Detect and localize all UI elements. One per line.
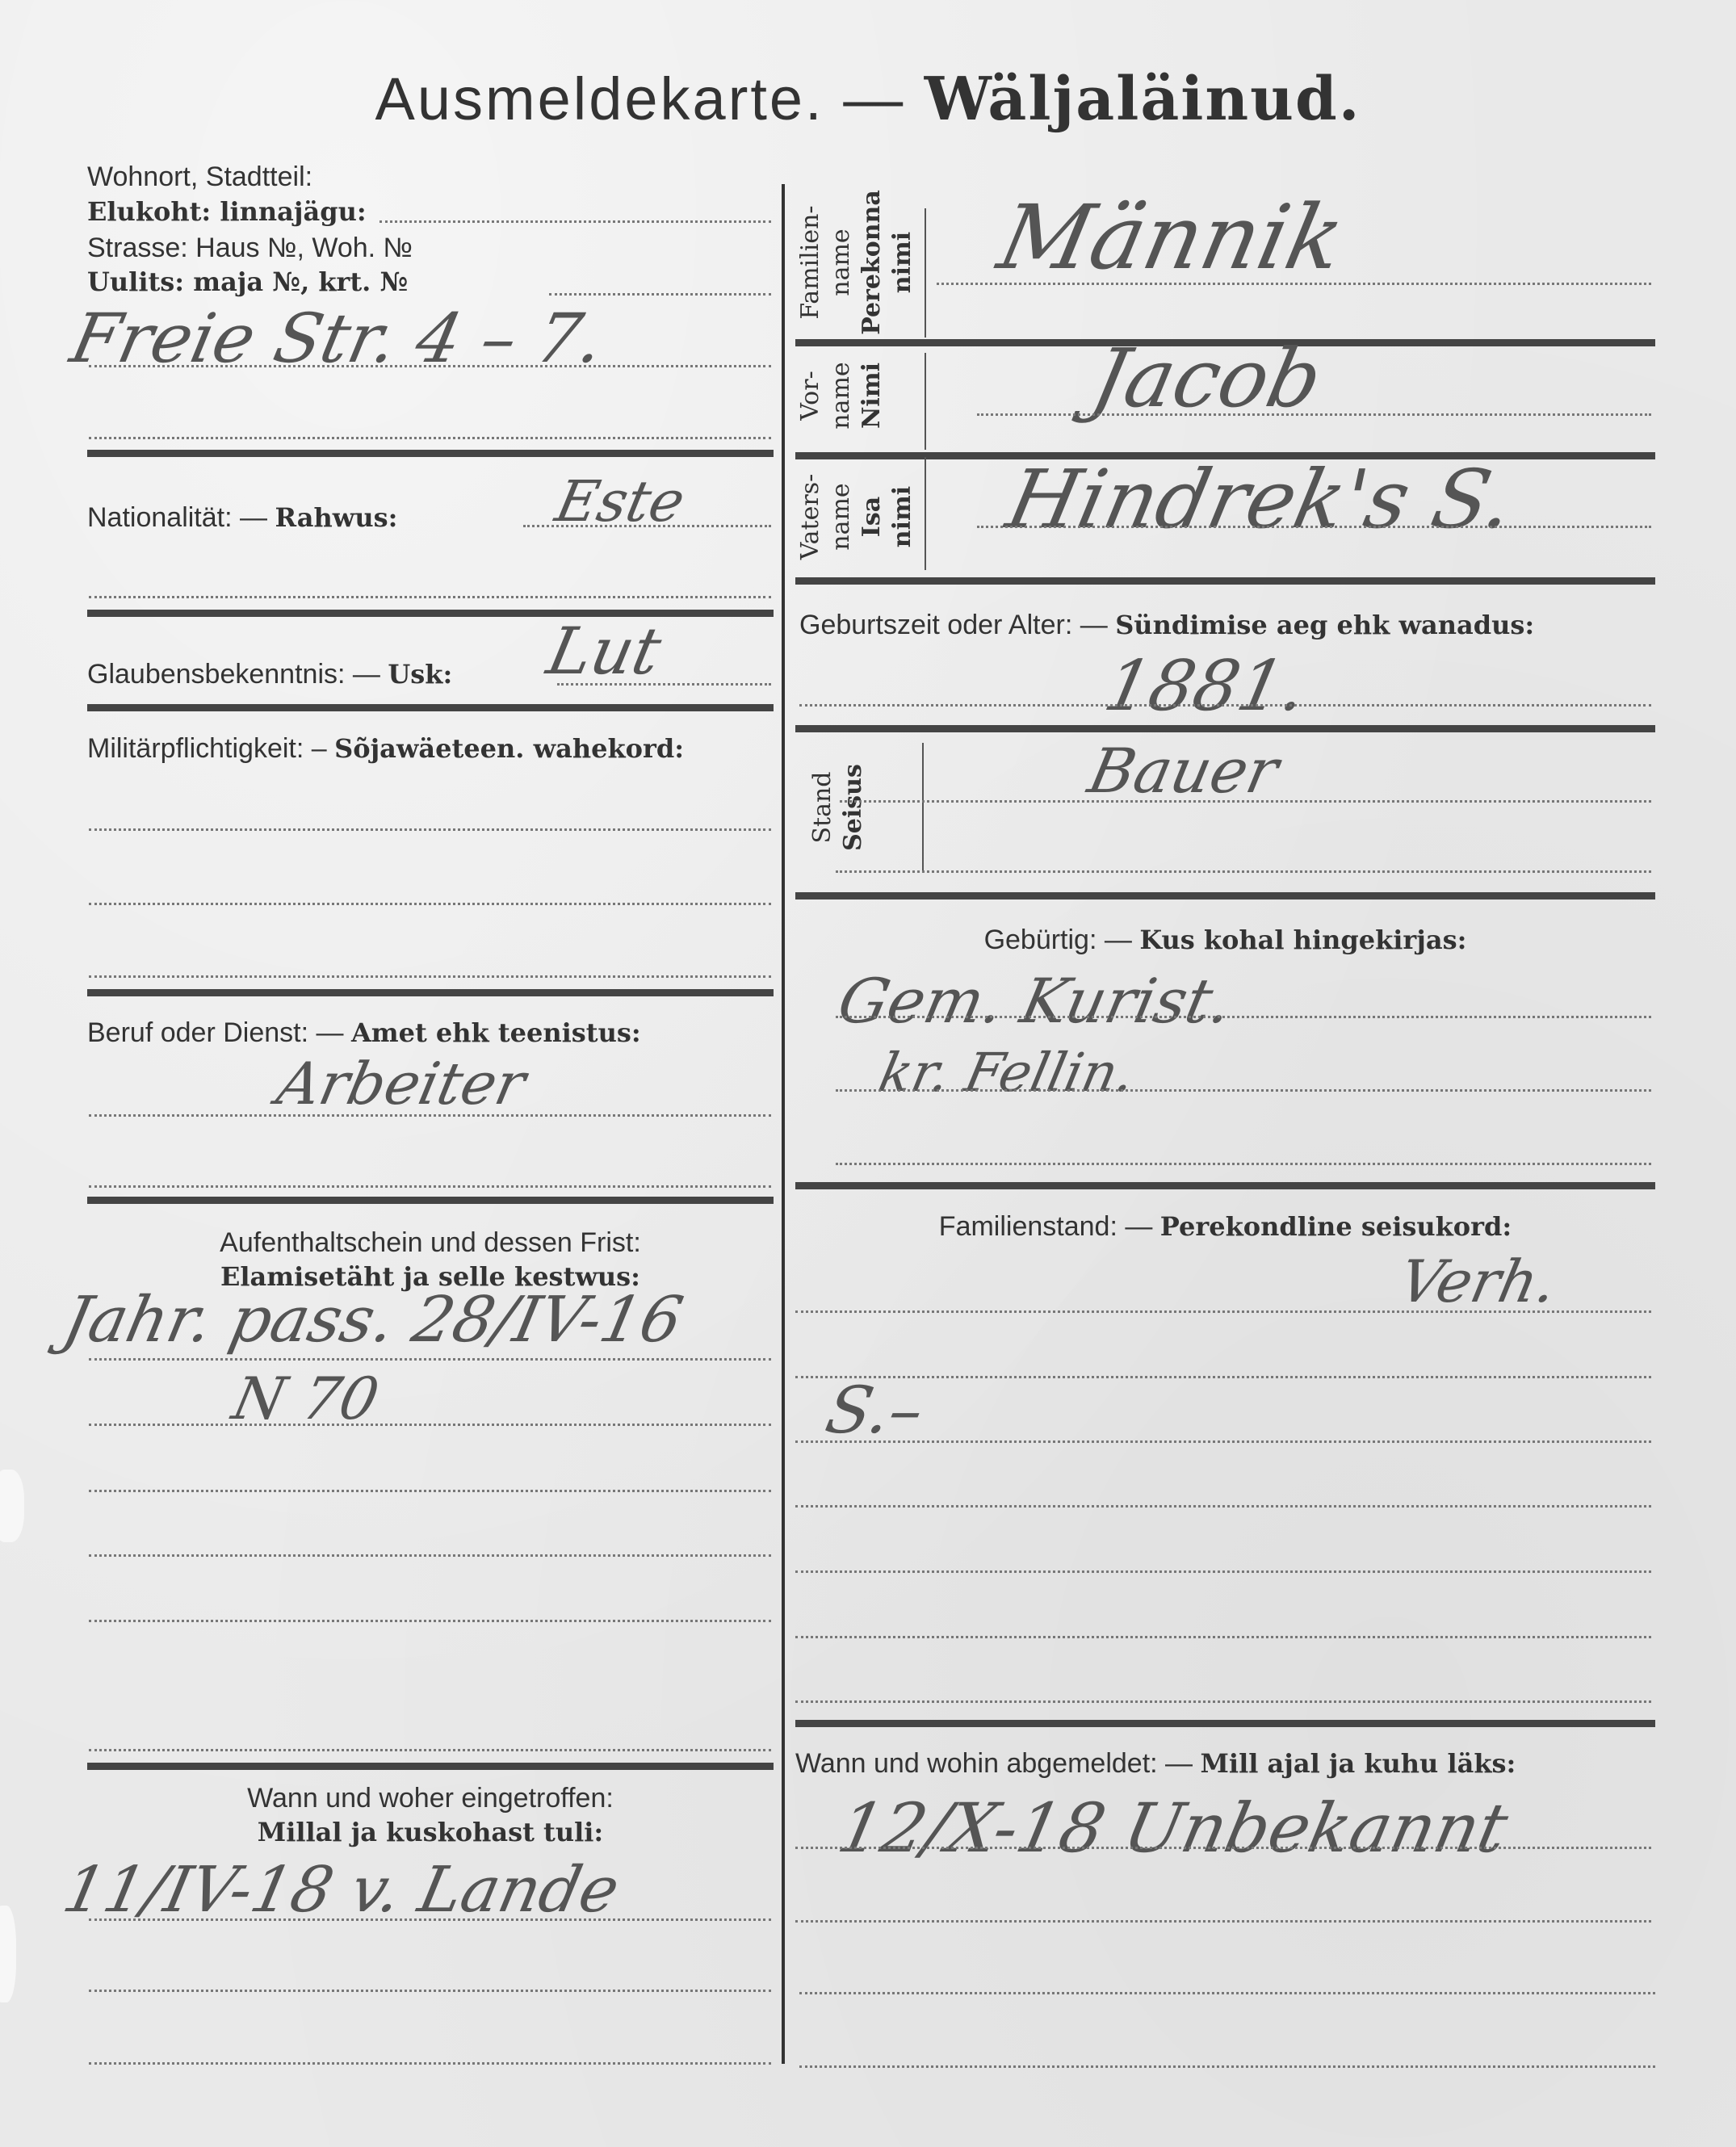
dotted-line <box>836 1089 1651 1092</box>
residence-label-ee: Elukoht: linnajägu: <box>87 196 367 228</box>
label-divider <box>925 208 926 338</box>
dotted-line <box>89 1918 771 1921</box>
nationality-label: Nationalität: — Rahwus: <box>87 502 397 534</box>
departure-label: Wann und wohin abgemeldet: — Mill ajal j… <box>795 1748 1516 1780</box>
family-name-label: Familien- name Perekonna nimi <box>795 186 918 339</box>
section-rule <box>795 577 1655 585</box>
birthplace-label: Gebürtig: — Kus kohal hingekirjas: <box>795 925 1655 956</box>
dotted-line <box>89 1185 771 1188</box>
label-divider <box>925 457 926 570</box>
dotted-line <box>89 2062 771 2065</box>
dotted-line <box>89 1990 771 1992</box>
arrival-label-de: Wann und woher eingetroffen: <box>87 1783 774 1814</box>
dotted-line <box>89 365 771 367</box>
occupation-value[interactable]: Arbeiter <box>271 1050 531 1118</box>
section-rule <box>795 892 1655 899</box>
dotted-line <box>799 1992 1655 1994</box>
section-rule <box>87 1197 774 1204</box>
street-label-de: Strasse: Haus №, Woh. № <box>87 233 413 264</box>
dotted-line <box>89 1114 771 1117</box>
religion-label: Glaubensbekenntnis: — Usk: <box>87 659 452 690</box>
dotted-line <box>89 1749 771 1751</box>
title-estonian: Wäljaläinud. <box>925 65 1361 134</box>
dotted-line <box>89 903 771 905</box>
birthplace-value-line2[interactable]: kr. Fellin. <box>874 1042 1141 1104</box>
dotted-line <box>795 1310 1651 1313</box>
arrival-value[interactable]: 11/IV-18 v. Lande <box>57 1854 625 1927</box>
section-rule <box>87 610 774 617</box>
dotted-line <box>549 293 771 296</box>
title-german: Ausmeldekarte. <box>375 65 824 132</box>
status-label: Stand Seisus <box>807 759 869 856</box>
dotted-line <box>977 413 1651 416</box>
paper-tear <box>0 1906 16 2002</box>
street-label-ee: Uulits: maja №, krt. № <box>87 266 408 298</box>
dotted-line <box>937 283 1651 285</box>
dotted-line <box>795 1636 1651 1638</box>
departure-value[interactable]: 12/X-18 Unbekannt <box>832 1788 1515 1868</box>
permit-value-line2[interactable]: N 70 <box>227 1365 384 1432</box>
religion-value[interactable]: Lut <box>541 614 668 689</box>
section-rule <box>87 989 774 996</box>
dotted-line <box>840 800 1651 803</box>
dotted-line <box>523 525 771 527</box>
first-name-label: Vor- name Nimi <box>795 347 887 444</box>
arrival-label-ee: Millal ja kuskohast tuli: <box>87 1817 774 1848</box>
section-rule <box>87 450 774 457</box>
dotted-line <box>557 683 771 686</box>
page-title: Ausmeldekarte. — Wäljaläinud. <box>0 65 1736 134</box>
status-value[interactable]: Bauer <box>1083 735 1285 807</box>
family-status-label: Familienstand: — Perekondline seisukord: <box>795 1211 1655 1243</box>
dotted-line <box>836 870 1651 873</box>
column-divider <box>782 184 785 2064</box>
birthplace-value-line1[interactable]: Gem. Kurist. <box>832 965 1239 1037</box>
dotted-line <box>89 596 771 598</box>
section-rule <box>87 704 774 711</box>
dotted-line <box>89 828 771 831</box>
dotted-line <box>799 704 1651 707</box>
section-rule <box>87 1763 774 1770</box>
dotted-line <box>795 1570 1651 1573</box>
dotted-line <box>836 1163 1651 1165</box>
occupation-label: Beruf oder Dienst: — Amet ehk teenistus: <box>87 1017 641 1049</box>
dotted-line <box>795 1700 1651 1703</box>
dotted-line <box>977 526 1651 528</box>
father-name-value[interactable]: Hindrek's S. <box>1000 452 1522 547</box>
family-status-value-line1[interactable]: Verh. <box>1394 1248 1563 1315</box>
dotted-line <box>89 1554 771 1557</box>
dotted-line <box>836 1016 1651 1018</box>
dotted-line <box>89 1490 771 1492</box>
label-divider <box>925 353 926 450</box>
section-rule <box>795 725 1655 732</box>
permit-label-de: Aufenthaltschein und dessen Frist: <box>87 1227 774 1259</box>
permit-value-line1[interactable]: Jahr. pass. 28/IV-16 <box>57 1284 689 1357</box>
dotted-line <box>89 437 771 439</box>
residence-label-de: Wohnort, Stadtteil: <box>87 161 312 193</box>
family-status-value-line2[interactable]: S.– <box>820 1373 930 1448</box>
dotted-line <box>799 2065 1655 2068</box>
dotted-line <box>795 1505 1651 1508</box>
dotted-line <box>89 1358 771 1361</box>
dotted-line <box>89 1424 771 1426</box>
dotted-line <box>89 975 771 978</box>
label-divider <box>922 743 924 872</box>
dotted-line <box>89 1620 771 1622</box>
dotted-line <box>379 220 771 223</box>
military-label: Militärpflichtigkeit: – Sõjawäeteen. wah… <box>87 733 684 765</box>
birth-value[interactable]: 1881. <box>1097 646 1313 727</box>
title-separator: — <box>843 65 905 132</box>
first-name-value[interactable]: Jacob <box>1084 331 1331 426</box>
section-rule <box>795 1720 1655 1727</box>
family-name-value[interactable]: Männik <box>990 186 1352 289</box>
dotted-line <box>795 1440 1651 1443</box>
dotted-line <box>795 1920 1651 1923</box>
father-name-label: Vaters- name Isa nimi <box>795 456 918 577</box>
birth-label: Geburtszeit oder Alter: — Sündimise aeg … <box>799 610 1534 641</box>
dotted-line <box>795 1847 1651 1849</box>
paper-tear <box>0 1470 24 1542</box>
section-rule <box>795 1182 1655 1189</box>
dotted-line <box>795 1376 1651 1378</box>
